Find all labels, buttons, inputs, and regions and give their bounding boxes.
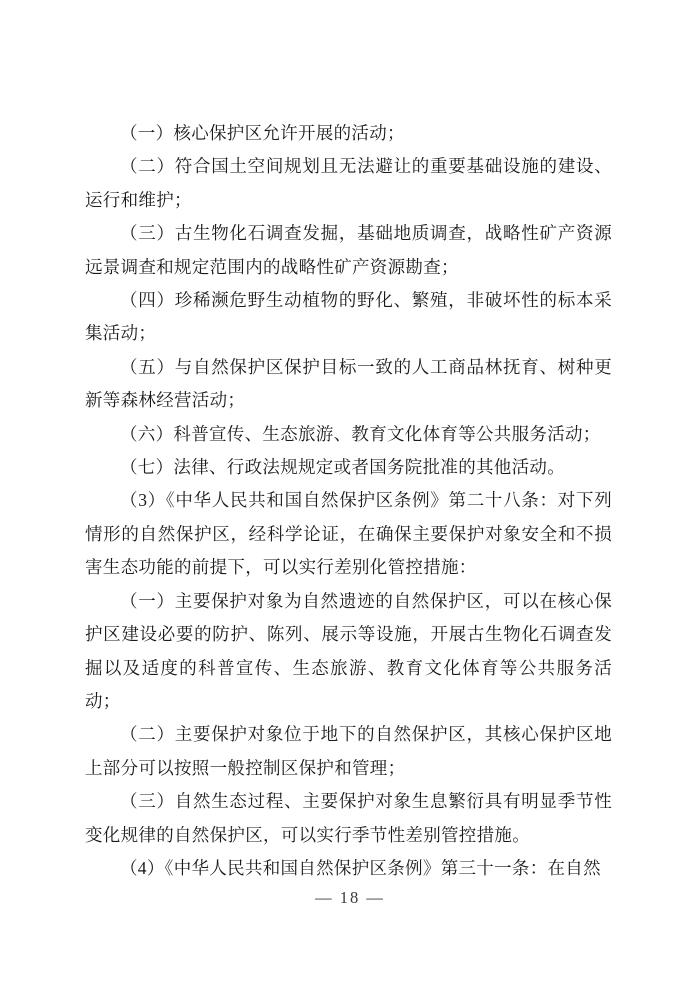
document-page: （一）核心保护区允许开展的活动； （二）符合国土空间规划且无法避让的重要基础设施… xyxy=(0,0,700,989)
paragraph-item-6: （六）科普宣传、生态旅游、教育文化体育等公共服务活动； xyxy=(85,418,612,451)
paragraph-item-5: （五）与自然保护区保护目标一致的人工商品林抚育、树种更新等森林经营活动； xyxy=(85,351,612,418)
paragraph-item-2: （二）符合国土空间规划且无法避让的重要基础设施的建设、运行和维护； xyxy=(85,150,612,217)
paragraph-item-7: （七）法律、行政法规规定或者国务院批准的其他活动。 xyxy=(85,451,612,484)
paragraph-item-4: （四）珍稀濒危野生动植物的野化、繁殖，非破坏性的标本采集活动； xyxy=(85,284,612,351)
paragraph-item-1: （一）核心保护区允许开展的活动； xyxy=(85,117,612,150)
paragraph-clause-3-item-3: （三）自然生态过程、主要保护对象生息繁衍具有明显季节性变化规律的自然保护区，可以… xyxy=(85,785,612,852)
paragraph-item-3: （三）古生物化石调查发掘，基础地质调查，战略性矿产资源远景调查和规定范围内的战略… xyxy=(85,217,612,284)
paragraph-clause-3: （3）《中华人民共和国自然保护区条例》第二十八条：对下列情形的自然保护区，经科学… xyxy=(85,484,612,584)
document-body: （一）核心保护区允许开展的活动； （二）符合国土空间规划且无法避让的重要基础设施… xyxy=(85,117,612,885)
paragraph-clause-3-item-2: （二）主要保护对象位于地下的自然保护区，其核心保护区地上部分可以按照一般控制区保… xyxy=(85,718,612,785)
paragraph-clause-4: （4）《中华人民共和国自然保护区条例》第三十一条：在自然 xyxy=(85,852,612,885)
page-number: — 18 — xyxy=(315,888,385,907)
page-footer: — 18 — xyxy=(0,888,700,908)
paragraph-clause-3-item-1: （一）主要保护对象为自然遗迹的自然保护区，可以在核心保护区建设必要的防护、陈列、… xyxy=(85,585,612,719)
